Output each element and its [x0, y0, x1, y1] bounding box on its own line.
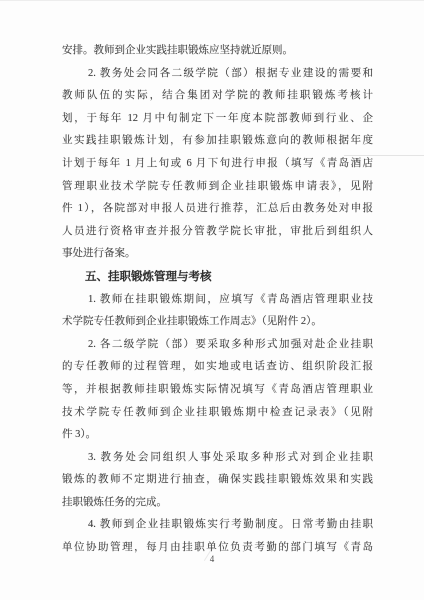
text-line: 事处进行备案。: [62, 243, 373, 266]
page-number: 4: [210, 554, 215, 564]
text-line: 4. 教师到企业挂职锻炼实行考勤制度。日常考勤由挂职: [62, 514, 373, 537]
text-line: 安排。教师到企业实践挂职锻炼应坚持就近原则。: [62, 40, 373, 63]
text-line: 件 3）。: [62, 424, 373, 447]
text-line: 教师队伍的实际，结合集团对学院的教师挂职锻炼考核计: [62, 85, 373, 108]
text-line: 3. 教务处会同组织人事处采取多种形式对到企业挂职: [62, 447, 373, 470]
text-line: 管理职业技术学院专任教师到企业挂职锻炼申请表》，见附: [62, 176, 373, 199]
document-text-block: 安排。教师到企业实践挂职锻炼应坚持就近原则。2. 教务处会同各二级学院（部）根据…: [62, 40, 373, 560]
text-line: 锻炼的教师不定期进行抽查，确保实践挂职锻炼效果和实践: [62, 469, 373, 492]
text-line: 件 1），各院部对申报人员进行推荐，汇总后由教务处对申报: [62, 198, 373, 221]
text-line: 等，并根据教师挂职锻炼实际情况填写《青岛酒店管理职业: [62, 379, 373, 402]
text-line: 1. 教师在挂职锻炼期间，应填写《青岛酒店管理职业技: [62, 289, 373, 312]
text-line: 挂职锻炼任务的完成。: [62, 492, 373, 515]
text-line: 术学院专任教师到企业挂职锻炼工作周志》（见附件 2）。: [62, 311, 373, 334]
text-line: 计划于每年 1 月上旬或 6 月下旬进行申报（填写《青岛酒店: [62, 153, 373, 176]
text-line: 人员进行资格审查并报分管教学院长审批，审批后到组织人: [62, 221, 373, 244]
scan-top-edge-artifact: [0, 0, 424, 1]
page-footer: 4: [0, 552, 424, 566]
text-line: 的专任教师的过程管理，如实地或电话查访、组织阶段汇报: [62, 356, 373, 379]
text-line: 2. 各二级学院（部）要采取多种形式加强对赴企业挂职: [62, 334, 373, 357]
text-line: 业实践挂职锻炼计划，有参加挂职锻炼意向的教师根据年度: [62, 130, 373, 153]
section-heading: 五、挂职锻炼管理与考核: [62, 266, 373, 289]
text-line: 划，于每年 12 月中旬制定下一年度本院部教师到行业、企: [62, 108, 373, 131]
document-page: 安排。教师到企业实践挂职锻炼应坚持就近原则。2. 教务处会同各二级学院（部）根据…: [0, 0, 424, 600]
text-line: 2. 教务处会同各二级学院（部）根据专业建设的需要和: [62, 63, 373, 86]
text-line: 技术学院专任教师到企业挂职锻炼期中检查记录表》（见附: [62, 402, 373, 425]
